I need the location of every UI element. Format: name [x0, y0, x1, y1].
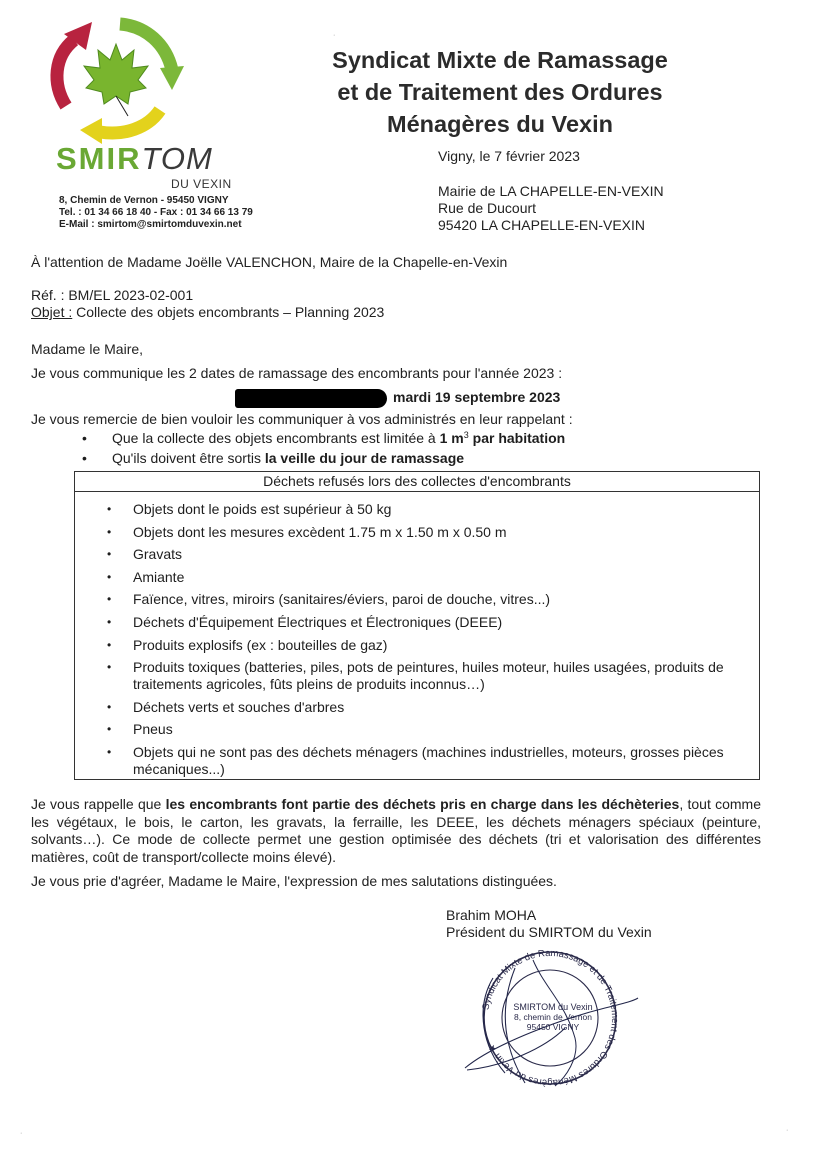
- list-item: Produits toxiques (batteries, piles, pot…: [105, 659, 735, 693]
- signer-name: Brahim MOHA: [446, 907, 536, 924]
- list-item: Objets dont les mesures excèdent 1.75 m …: [105, 524, 735, 541]
- recipient-line: 95420 LA CHAPELLE-EN-VEXIN: [438, 217, 645, 234]
- subject-line: Objet : Collecte des objets encombrants …: [31, 304, 384, 321]
- place-date: Vigny, le 7 février 2023: [438, 148, 580, 165]
- logo-subtitle: DU VEXIN: [171, 177, 232, 191]
- subject-text: Collecte des objets encombrants – Planni…: [72, 304, 384, 320]
- scan-speck: ·: [333, 32, 335, 39]
- scan-speck: ·: [786, 1127, 788, 1134]
- logo-wordmark-light: TOM: [142, 141, 213, 176]
- redacted-first-date: [235, 389, 387, 408]
- scan-speck: ·: [20, 1130, 22, 1137]
- sender-email: E-Mail : smirtom@smirtomduvexin.net: [59, 219, 242, 231]
- intro-paragraph: Je vous communique les 2 dates de ramass…: [31, 365, 562, 382]
- closing-formula: Je vous prie d'agréer, Madame le Maire, …: [31, 873, 557, 890]
- reminder-paragraph: Je vous rappelle que les encombrants fon…: [31, 796, 761, 866]
- list-item: Amiante: [105, 569, 735, 586]
- list-item: Objets qui ne sont pas des déchets ménag…: [105, 744, 735, 778]
- bullet-icon: •: [82, 450, 112, 467]
- list-item: Gravats: [105, 546, 735, 563]
- signer-title: Président du SMIRTOM du Vexin: [446, 924, 652, 941]
- smirtom-logo-icon: [44, 14, 189, 144]
- org-title-line: Ménagères du Vexin: [290, 108, 710, 140]
- salutation: Madame le Maire,: [31, 341, 143, 358]
- bullet-icon: •: [82, 430, 112, 447]
- refused-box-title: Déchets refusés lors des collectes d'enc…: [75, 472, 759, 492]
- list-item: Faïence, vitres, miroirs (sanitaires/évi…: [105, 591, 735, 608]
- official-stamp-icon: Syndicat Mixte de Ramassage et de Traite…: [455, 948, 645, 1088]
- logo-wordmark: SMIRTOM: [56, 142, 213, 176]
- recipient-line: Mairie de LA CHAPELLE-EN-VEXIN: [438, 183, 664, 200]
- list-item: Produits explosifs (ex : bouteilles de g…: [105, 637, 735, 654]
- refused-waste-box: Déchets refusés lors des collectes d'enc…: [74, 471, 760, 780]
- stamp-center-line: 8, chemin de Vernon: [514, 1012, 592, 1022]
- refused-waste-list: Objets dont le poids est supérieur à 50 …: [105, 501, 735, 784]
- reminder-bullet: •Que la collecte des objets encombrants …: [82, 430, 565, 447]
- subject-label: Objet :: [31, 304, 72, 320]
- org-title-line: et de Traitement des Ordures: [290, 76, 710, 108]
- list-item: Déchets verts et souches d'arbres: [105, 699, 735, 716]
- reminder-bullet: •Qu'ils doivent être sortis la veille du…: [82, 450, 464, 467]
- attention-line: À l'attention de Madame Joëlle VALENCHON…: [31, 254, 507, 271]
- list-item: Déchets d'Équipement Électriques et Élec…: [105, 614, 735, 631]
- reference-line: Réf. : BM/EL 2023-02-001: [31, 287, 193, 304]
- sender-phone-fax: Tel. : 01 34 66 18 40 - Fax : 01 34 66 1…: [59, 207, 253, 219]
- org-title-line: Syndicat Mixte de Ramassage: [290, 44, 710, 76]
- list-item: Pneus: [105, 721, 735, 738]
- logo-wordmark-bold: SMIR: [56, 141, 142, 176]
- second-collection-date: mardi 19 septembre 2023: [393, 389, 560, 406]
- sender-address: 8, Chemin de Vernon - 95450 VIGNY: [59, 195, 229, 207]
- list-item: Objets dont le poids est supérieur à 50 …: [105, 501, 735, 518]
- stamp-center-line: SMIRTOM du Vexin: [513, 1002, 592, 1012]
- recipient-line: Rue de Ducourt: [438, 200, 536, 217]
- organization-title: Syndicat Mixte de Ramassage et de Traite…: [290, 44, 710, 140]
- thanks-paragraph: Je vous remercie de bien vouloir les com…: [31, 411, 573, 428]
